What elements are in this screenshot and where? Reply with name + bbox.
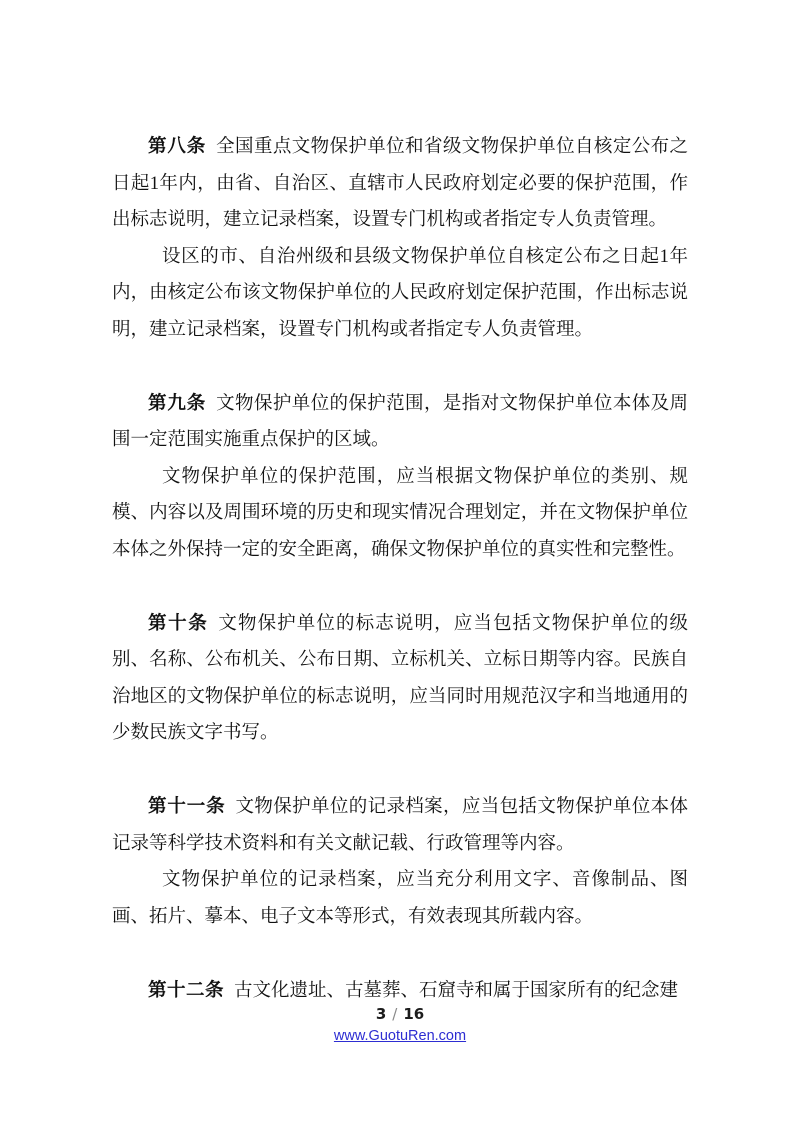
- article-intro-text: 古文化遗址、古墓葬、石窟寺和属于国家所有的纪念建: [234, 981, 678, 1001]
- document-body: 第八条全国重点文物保护单位和省级文物保护单位自核定公布之日起1年内，由省、自治区…: [112, 0, 688, 1009]
- article-intro-paragraph: 第十条文物保护单位的标志说明，应当包括文物保护单位的级别、名称、公布机关、公布日…: [112, 605, 688, 752]
- article-number: 第十二条: [148, 979, 224, 1000]
- article-number: 第八条: [148, 135, 206, 156]
- article-11: 第十一条文物保护单位的记录档案，应当包括文物保护单位本体记录等科学技术资料和有关…: [112, 788, 688, 935]
- total-page-count: 16: [403, 1005, 424, 1023]
- article-paragraph: 文物保护单位的保护范围，应当根据文物保护单位的类别、规模、内容以及周围环境的历史…: [112, 459, 688, 569]
- page-number: 3/16: [0, 1004, 800, 1024]
- article-intro-paragraph: 第八条全国重点文物保护单位和省级文物保护单位自核定公布之日起1年内，由省、自治区…: [112, 128, 688, 239]
- article-9: 第九条文物保护单位的保护范围，是指对文物保护单位本体及周围一定范围实施重点保护的…: [112, 385, 688, 569]
- page-footer: 3/16 www.GuotuRen.com: [0, 1004, 800, 1045]
- article-paragraph: 设区的市、自治州级和县级文物保护单位自核定公布之日起1年内，由核定公布该文物保护…: [112, 239, 688, 349]
- article-10: 第十条文物保护单位的标志说明，应当包括文物保护单位的级别、名称、公布机关、公布日…: [112, 605, 688, 752]
- article-intro-paragraph: 第十一条文物保护单位的记录档案，应当包括文物保护单位本体记录等科学技术资料和有关…: [112, 788, 688, 862]
- article-number: 第十一条: [148, 795, 225, 816]
- current-page-number: 3: [376, 1005, 386, 1023]
- article-number: 第十条: [148, 612, 208, 633]
- website-link[interactable]: www.GuotuRen.com: [334, 1027, 466, 1045]
- article-intro-paragraph: 第九条文物保护单位的保护范围，是指对文物保护单位本体及周围一定范围实施重点保护的…: [112, 385, 688, 459]
- article-paragraph: 文物保护单位的记录档案，应当充分利用文字、音像制品、图画、拓片、摹本、电子文本等…: [112, 862, 688, 935]
- document-page: 第八条全国重点文物保护单位和省级文物保护单位自核定公布之日起1年内，由省、自治区…: [0, 0, 800, 1132]
- page-number-separator: /: [392, 1005, 397, 1023]
- article-8: 第八条全国重点文物保护单位和省级文物保护单位自核定公布之日起1年内，由省、自治区…: [112, 128, 688, 348]
- article-number: 第九条: [148, 392, 206, 413]
